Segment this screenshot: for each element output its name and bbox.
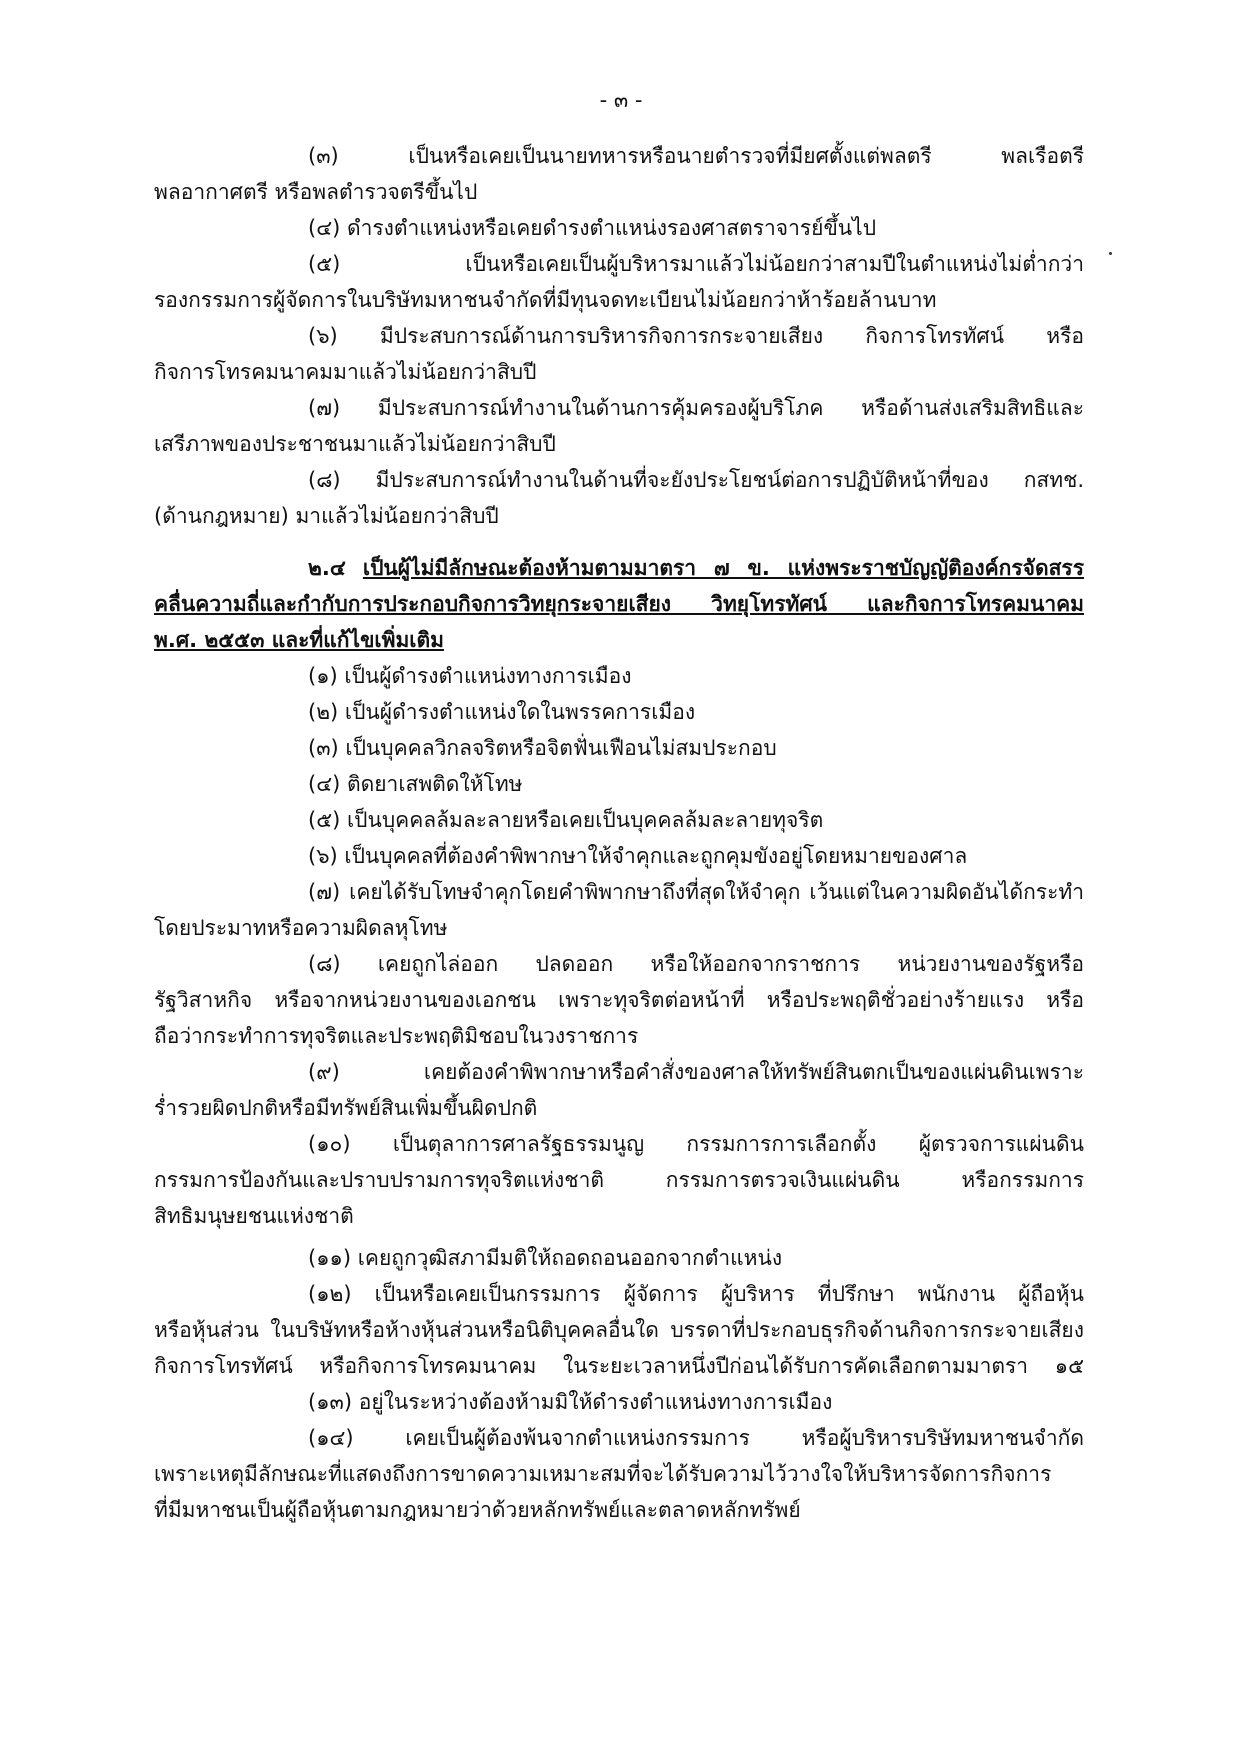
prohibition-14-line3: ที่มีมหาชนเป็นผู้ถือหุ้นตามกฎหมายว่าด้วย… [154, 1492, 1084, 1528]
prohibition-13: (๑๓) อยู่ในระหว่างต้องห้ามมิให้ดำรงตำแหน… [308, 1384, 1084, 1420]
prohibition-9-line2: ร่ำรวยผิดปกติหรือมีทรัพย์สินเพิ่มขึ้นผิด… [154, 1090, 1084, 1126]
page-number: - ๓ - [0, 84, 1242, 117]
qualification-8-line1: (๘) มีประสบการณ์ทำงานในด้านที่จะยังประโย… [308, 462, 1084, 498]
qualification-6-line1: (๖) มีประสบการณ์ด้านการบริหารกิจการกระจา… [308, 318, 1084, 354]
prohibition-11: (๑๑) เคยถูกวุฒิสภามีมติให้ถอดถอนออกจากตำ… [308, 1240, 1084, 1276]
prohibition-10-line2: กรรมการป้องกันและปราบปรามการทุจริตแห่งชา… [154, 1162, 1084, 1198]
qualification-4-line1: (๔) ดำรงตำแหน่งหรือเคยดำรงตำแหน่งรองศาสต… [308, 210, 1084, 246]
prohibition-10-line3: สิทธิมนุษยชนแห่งชาติ [154, 1198, 1084, 1234]
prohibition-10-line1: (๑๐) เป็นตุลาการศาลรัฐธรรมนูญ กรรมการการ… [308, 1126, 1084, 1162]
qualification-8-line2: (ด้านกฎหมาย) มาแล้วไม่น้อยกว่าสิบปี [154, 498, 1084, 534]
prohibition-3: (๓) เป็นบุคคลวิกลจริตหรือจิตฟั่นเฟือนไม่… [308, 730, 1084, 766]
prohibition-12-line1: (๑๒) เป็นหรือเคยเป็นกรรมการ ผู้จัดการ ผู… [308, 1276, 1084, 1312]
qualification-7-line2: เสรีภาพของประชาชนมาแล้วไม่น้อยกว่าสิบปี [154, 426, 1084, 462]
qualification-3-line2: พลอากาศตรี หรือพลตำรวจตรีขึ้นไป [154, 174, 1084, 210]
qualification-6-line2: กิจการโทรคมนาคมมาแล้วไม่น้อยกว่าสิบปี [154, 354, 1084, 390]
heading-text: เป็นผู้ไม่มีลักษณะต้องห้ามตามมาตรา ๗ ข. … [363, 556, 1084, 580]
prohibition-7-line2: โดยประมาทหรือความผิดลหุโทษ [154, 910, 1084, 946]
section-number: ๒.๔ [308, 556, 346, 580]
prohibition-12-line3: กิจการโทรทัศน์ หรือกิจการโทรคมนาคม ในระย… [154, 1348, 1084, 1384]
prohibition-8-line3: ถือว่ากระทำการทุจริตและประพฤติมิชอบในวงร… [154, 1018, 1084, 1054]
prohibition-5: (๕) เป็นบุคคลล้มละลายหรือเคยเป็นบุคคลล้ม… [308, 802, 1084, 838]
prohibition-14-line1: (๑๔) เคยเป็นผู้ต้องพ้นจากตำแหน่งกรรมการ … [308, 1420, 1084, 1456]
stray-mark [1109, 252, 1112, 255]
section-2-4-heading-line3: พ.ศ. ๒๕๕๓ และที่แก้ไขเพิ่มเติม [154, 622, 1084, 658]
prohibition-8-line2: รัฐวิสาหกิจ หรือจากหน่วยงานของเอกชน เพรา… [154, 982, 1084, 1018]
prohibition-12-line2: หรือหุ้นส่วน ในบริษัทหรือห้างหุ้นส่วนหรื… [154, 1312, 1084, 1348]
prohibition-7-line1: (๗) เคยได้รับโทษจำคุกโดยคำพิพากษาถึงที่ส… [308, 874, 1084, 910]
qualification-5-line2: รองกรรมการผู้จัดการในบริษัทมหาชนจำกัดที่… [154, 282, 1084, 318]
prohibition-8-line1: (๘) เคยถูกไล่ออก ปลดออก หรือให้ออกจากราช… [308, 946, 1084, 982]
qualification-3-line1: (๓) เป็นหรือเคยเป็นนายทหารหรือนายตำรวจที… [308, 138, 1084, 174]
prohibition-6: (๖) เป็นบุคคลที่ต้องคำพิพากษาให้จำคุกและ… [308, 838, 1084, 874]
prohibition-9-line1: (๙) เคยต้องคำพิพากษาหรือคำสั่งของศาลให้ท… [308, 1054, 1084, 1090]
qualification-5-line1: (๕) เป็นหรือเคยเป็นผู้บริหารมาแล้วไม่น้อ… [308, 246, 1084, 282]
prohibition-14-line2: เพราะเหตุมีลักษณะที่แสดงถึงการขาดความเหม… [154, 1456, 1084, 1492]
prohibition-2: (๒) เป็นผู้ดำรงตำแหน่งใดในพรรคการเมือง [308, 694, 1084, 730]
prohibition-4: (๔) ติดยาเสพติดให้โทษ [308, 766, 1084, 802]
section-2-4-heading-line2: คลื่นความถี่และกำกับการประกอบกิจการวิทยุ… [154, 586, 1084, 622]
qualification-7-line1: (๗) มีประสบการณ์ทำงานในด้านการคุ้มครองผู… [308, 390, 1084, 426]
section-2-4-heading-line1: ๒.๔ เป็นผู้ไม่มีลักษณะต้องห้ามตามมาตรา ๗… [308, 550, 1084, 586]
prohibition-1: (๑) เป็นผู้ดำรงตำแหน่งทางการเมือง [308, 658, 1084, 694]
